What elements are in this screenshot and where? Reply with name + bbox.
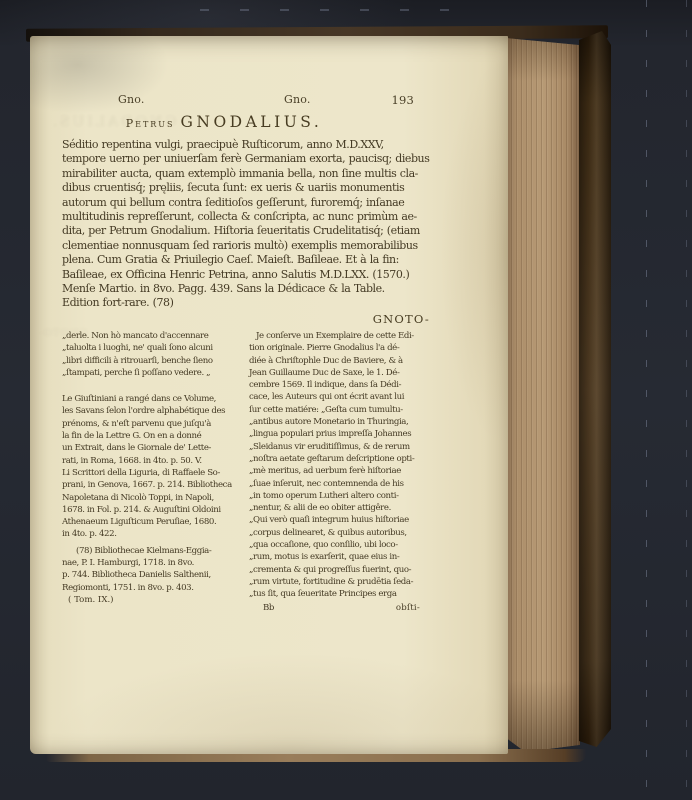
paragraph-line: prani, in Genova, 1667. p. 214. Biblioth… (62, 479, 240, 491)
running-title-left: Gno. (118, 93, 145, 106)
main-entry-line: tempore uerno per uniuerſam ferè Germani… (62, 152, 430, 166)
paragraph-line: cembre 1569. Il indique, dans ſa Dédi- (249, 379, 430, 391)
paragraph-line: „Sleidanus vir eruditiſſimus, & de rerum (249, 441, 430, 453)
paragraph-line: prénoms, & n'eſt parvenu que juſqu'à (62, 418, 240, 430)
paragraph-line: „ſuae inſeruit, nec contemnenda de his (249, 478, 430, 490)
paragraph-line: la fin de la Lettre G. On en a donné (62, 430, 240, 442)
paragraph-line: un Extrait, dans le Giornale de' Lette- (62, 442, 240, 454)
left-column-paragraph: Le Giuſtiniani a rangé dans ce Volume,le… (62, 393, 240, 541)
footnote-line: p. 744. Bibliotheca Danielis Salthenii, (62, 569, 240, 581)
paragraph-line: „rum, motus is exarſerit, quae eius in- (249, 551, 430, 563)
main-entry-line: Edition fort-rare. (78) (62, 296, 430, 310)
paragraph-line: Le Giuſtiniani a rangé dans ce Volume, (62, 393, 240, 405)
paragraph-line: in 4to. p. 422. (62, 528, 240, 540)
main-entry-line: Séditio repentina vulgi, praecipuè Ruſti… (62, 138, 430, 152)
paragraph-line: Athenaeum Liguſticum Peruſiae, 1680. (62, 516, 240, 528)
paragraph-line: 1678. in Fol. p. 214. & Auguſtini Oldoin… (62, 504, 240, 516)
scan-background: GNODALIUS. GNOTO- Gno. Gno. 193 PetrusGN… (0, 0, 692, 800)
article-title: PetrusGNODALIUS. (40, 112, 408, 131)
scanner-artifact-dashes-right-1 (646, 0, 647, 800)
paragraph-gap (62, 379, 240, 393)
main-entry-line: Menſe Martio. in 8vo. Pagg. 439. Sans la… (62, 282, 430, 296)
book-fore-edge (506, 38, 580, 752)
main-entry-line: clementiae nonnusquam ſed rarioris multò… (62, 239, 430, 253)
left-column: „derle. Non hò mancato d'accennare„taluo… (62, 330, 240, 606)
paragraph-line: ſur cette matiére: „Geſta cum tumultu- (249, 404, 430, 416)
quote-line: „derle. Non hò mancato d'accennare (62, 330, 240, 342)
paragraph-line: rati, in Roma, 1668. in 4to. p. 50. V. (62, 455, 240, 467)
scanner-artifact-dashes-right-2 (686, 0, 687, 800)
paragraph-line: „corpus delinearet, & quibus autoribus, (249, 527, 430, 539)
paragraph-line: „qua occaſione, quo conſilio, ubi loco- (249, 539, 430, 551)
paragraph-line: „lingua populari prius impreſſa Johannes (249, 428, 430, 440)
running-header: Gno. Gno. 193 (62, 93, 430, 107)
footnote-line: Regiomonti, 1751. in 8vo. p. 403. (62, 582, 240, 594)
paragraph-line: „in tomo operum Lutheri altero conti- (249, 490, 430, 502)
footnote-line: ( Tom. IX.) (62, 594, 240, 606)
paragraph-line: Li Scrittori della Liguria, di Raffaele … (62, 467, 240, 479)
paragraph-line: „antibus autore Monetario in Thuringia, (249, 416, 430, 428)
right-column-paragraph: Je conſerve un Exemplaire de cette Edi-t… (249, 330, 430, 601)
signature-row: Bb obſti- (249, 602, 430, 614)
paragraph-line: „rum virtute, fortitudine & prudētia ſed… (249, 576, 430, 588)
main-entry-line: Baſileae, ex Officina Henric Petrina, an… (62, 268, 430, 282)
paragraph-line: „mè meritus, ad uerbum ferè hiſtoriae (249, 465, 430, 477)
quote-line: „taluolta i luoghi, ne' quali ſono alcun… (62, 342, 240, 354)
paragraph-line: cace, les Auteurs qui ont écrit avant lu… (249, 391, 430, 403)
footnote-line: nae, P. I. Hamburgi, 1718. in 8vo. (62, 557, 240, 569)
page-number: 193 (391, 93, 414, 107)
gathering-signature: Bb (263, 602, 274, 614)
paragraph-line: „crementa & qui progreſſus fuerint, quo- (249, 564, 430, 576)
footnote-line: (78) Bibliothecae Kielmans-Eggia- (62, 545, 240, 557)
left-column-footnote: (78) Bibliothecae Kielmans-Eggia-nae, P.… (62, 545, 240, 606)
paragraph-line: tion originale. Pierre Gnodalius l'a dé- (249, 342, 430, 354)
running-title-right: Gno. (284, 93, 311, 106)
scanner-artifact-dashes-top (200, 9, 480, 11)
paragraph-line: „tus ſit, qua ſeueritate Principes erga (249, 588, 430, 600)
article-title-surname: GNODALIUS. (181, 113, 323, 131)
book-page: GNODALIUS. GNOTO- Gno. Gno. 193 PetrusGN… (30, 36, 508, 754)
main-entry-line: mirabiliter aucta, quam extemplò immania… (62, 167, 430, 181)
main-entry-line: plena. Cum Gratia & Priuilegio Caeſ. Mai… (62, 253, 430, 267)
main-entry-line: multitudinis repreſſerunt, collecta & co… (62, 210, 430, 224)
paragraph-line: Napoletana di Nicolò Toppi, in Napoli, (62, 492, 240, 504)
paragraph-line: les Savans ſelon l'ordre alphabétique de… (62, 405, 240, 417)
paragraph-line: Je conſerve un Exemplaire de cette Edi- (249, 330, 430, 342)
catchword: obſti- (396, 602, 420, 614)
quote-line: „ſtampati, perche ſi poſſano vedere. „ (62, 367, 240, 379)
left-column-quote: „derle. Non hò mancato d'accennare„taluo… (62, 330, 240, 379)
article-title-forename: Petrus (126, 117, 175, 130)
main-entry-line: autorum qui bellum contra ſeditioſos geſ… (62, 196, 430, 210)
paragraph-line: „nentur, & alii de eo obiter attigêre. (249, 502, 430, 514)
main-entry-paragraph: Séditio repentina vulgi, praecipuè Ruſti… (62, 138, 430, 311)
catchword: GNOTO- (62, 312, 432, 326)
paragraph-line: „Qui verò quaſi integrum huius hiſtoriae (249, 514, 430, 526)
book-cover-edge (579, 31, 611, 747)
page-text-block: Gno. Gno. 193 PetrusGNODALIUS. Séditio r… (62, 36, 430, 754)
quote-line: „libri difficili à ritrouarſi, benche ſi… (62, 355, 240, 367)
main-entry-line: dibus cruentisq́; pręliis, ſecuta ſunt: … (62, 181, 430, 195)
right-column: Je conſerve un Exemplaire de cette Edi-t… (249, 330, 430, 614)
paragraph-line: „noſtra aetate geſtarum deſcriptione opt… (249, 453, 430, 465)
paragraph-line: Jean Guillaume Duc de Saxe, le 1. Dé- (249, 367, 430, 379)
paragraph-line: diée à Chriſtophle Duc de Baviere, & à (249, 355, 430, 367)
main-entry-line: dita, per Petrum Gnodalium. Hiſtoria ſeu… (62, 224, 430, 238)
